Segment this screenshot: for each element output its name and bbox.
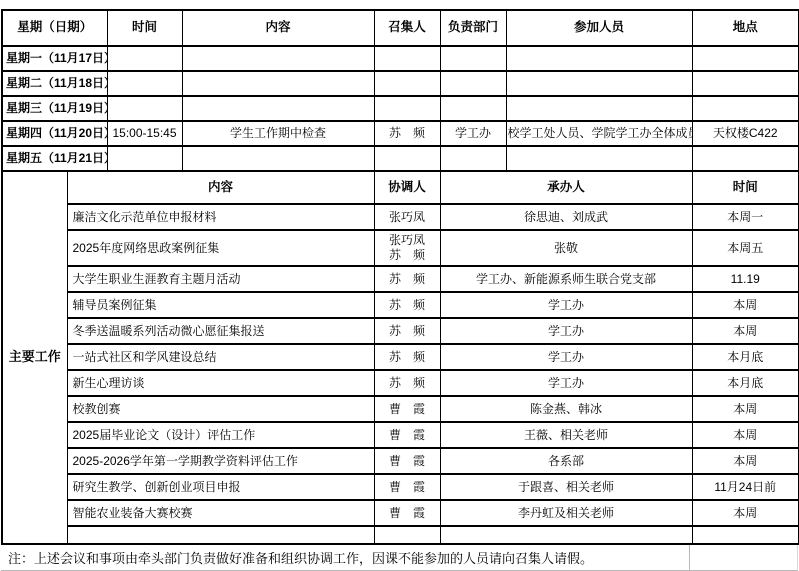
day-cell: 星期五（11月21日） (2, 146, 107, 171)
work-row: 2025届毕业论文（设计）评估工作 曹 霞 王薇、相关老师 本周 (2, 422, 799, 448)
organizer-cell: 陈金燕、韩冰 (440, 396, 692, 422)
organizer-cell: 学工办 (440, 318, 692, 344)
footnote-spacer-cell (690, 545, 797, 570)
table-row-thursday: 星期四（11月20日） 15:00-15:45 学生工作期中检查 苏 频 学工办… (2, 121, 799, 146)
work-time-cell: 本周一 (692, 204, 799, 230)
day-cell: 星期一（11月17日） (2, 46, 107, 71)
work-time-cell: 本周 (692, 396, 799, 422)
header-coordinator: 协调人 (374, 172, 440, 204)
work-time-cell: 本周 (692, 318, 799, 344)
weekly-schedule-table: 星期（日期） 时间 内容 召集人 负责部门 参加人员 地点 星期一（11月17日… (1, 9, 799, 172)
content-cell (182, 46, 374, 71)
table-row-monday: 星期一（11月17日） (2, 46, 799, 71)
footnote-row: 注：上述会议和事项由牵头部门负责做好准备和组织协调工作，因课不能参加的人员请向召… (1, 545, 798, 571)
work-row: 研究生教学、创新创业项目申报 曹 霞 于跟喜、相关老师 11月24日前 (2, 474, 799, 500)
schedule-document: 星期（日期） 时间 内容 召集人 负责部门 参加人员 地点 星期一（11月17日… (1, 9, 798, 571)
footnote-text: 注：上述会议和事项由牵头部门负责做好准备和组织协调工作，因课不能参加的人员请向召… (1, 545, 690, 570)
work-row: 2025-2026学年第一学期教学资料评估工作 曹 霞 各系部 本周 (2, 448, 799, 474)
content-cell (182, 146, 374, 171)
location-cell: 天权楼C422 (692, 121, 799, 146)
work-content-cell: 新生心理访谈 (67, 370, 374, 396)
work-content-cell: 大学生职业生涯教育主题月活动 (67, 266, 374, 292)
coordinator-cell: 苏 频 (374, 344, 440, 370)
convener-cell: 苏 频 (374, 121, 440, 146)
location-cell (692, 146, 799, 171)
header-content: 内容 (182, 10, 374, 46)
work-time-cell: 本周 (692, 448, 799, 474)
work-content-cell: 冬季送温暖系列活动微心愿征集报送 (67, 318, 374, 344)
coordinator-cell: 曹 霞 (374, 474, 440, 500)
header-convener: 召集人 (374, 10, 440, 46)
department-cell: 学工办 (440, 121, 506, 146)
department-cell (440, 71, 506, 96)
organizer-cell: 李丹虹及相关老师 (440, 500, 692, 526)
main-work-label: 主要工作 (2, 172, 67, 544)
department-cell (440, 96, 506, 121)
organizer-cell: 学工办 (440, 292, 692, 318)
main-work-table: 主要工作 内容 协调人 承办人 时间 廉洁文化示范单位申报材料 张巧凤 徐思迪、… (1, 172, 799, 545)
participants-cell (506, 46, 692, 71)
work-content-cell: 校教创赛 (67, 396, 374, 422)
header-content: 内容 (67, 172, 374, 204)
organizer-cell: 学工办 (440, 344, 692, 370)
work-time-cell: 11月24日前 (692, 474, 799, 500)
header-participants: 参加人员 (506, 10, 692, 46)
time-cell (107, 146, 182, 171)
convener-cell (374, 46, 440, 71)
work-row: 辅导员案例征集 苏 频 学工办 本周 (2, 292, 799, 318)
coordinator-cell: 张巧凤 (374, 204, 440, 230)
day-cell: 星期二（11月18日） (2, 71, 107, 96)
convener-cell (374, 71, 440, 96)
organizer-cell: 徐思迪、刘成武 (440, 204, 692, 230)
coordinator-cell: 曹 霞 (374, 448, 440, 474)
work-row: 一站式社区和学风建设总结 苏 频 学工办 本月底 (2, 344, 799, 370)
coordinator-cell (374, 526, 440, 544)
location-cell (692, 71, 799, 96)
work-time-cell: 本月底 (692, 344, 799, 370)
work-time-cell: 本周 (692, 292, 799, 318)
coordinator-cell: 苏 频 (374, 266, 440, 292)
coordinator-cell: 苏 频 (374, 292, 440, 318)
work-content-cell: 2025-2026学年第一学期教学资料评估工作 (67, 448, 374, 474)
work-row: 廉洁文化示范单位申报材料 张巧凤 徐思迪、刘成武 本周一 (2, 204, 799, 230)
work-row: 大学生职业生涯教育主题月活动 苏 频 学工办、新能源系师生联合党支部 11.19 (2, 266, 799, 292)
work-row: 2025年度网络思政案例征集 张巧凤 苏 频 张敬 本周五 (2, 230, 799, 266)
coordinator-cell: 苏 频 (374, 370, 440, 396)
work-content-cell (67, 526, 374, 544)
work-content-cell: 辅导员案例征集 (67, 292, 374, 318)
work-content-cell: 一站式社区和学风建设总结 (67, 344, 374, 370)
work-row-empty (2, 526, 799, 544)
work-row: 冬季送温暖系列活动微心愿征集报送 苏 频 学工办 本周 (2, 318, 799, 344)
weekly-schedule-header-row: 星期（日期） 时间 内容 召集人 负责部门 参加人员 地点 (2, 10, 799, 46)
main-work-header-row: 主要工作 内容 协调人 承办人 时间 (2, 172, 799, 204)
day-cell: 星期四（11月20日） (2, 121, 107, 146)
table-row-tuesday: 星期二（11月18日） (2, 71, 799, 96)
work-content-cell: 2025年度网络思政案例征集 (67, 230, 374, 266)
organizer-cell: 于跟喜、相关老师 (440, 474, 692, 500)
work-time-cell: 本周五 (692, 230, 799, 266)
participants-cell (506, 96, 692, 121)
work-time-cell: 本周 (692, 422, 799, 448)
organizer-cell: 学工办、新能源系师生联合党支部 (440, 266, 692, 292)
coordinator-cell: 张巧凤 苏 频 (374, 230, 440, 266)
participants-cell (506, 146, 692, 171)
time-cell (107, 71, 182, 96)
coordinator-cell: 曹 霞 (374, 396, 440, 422)
content-cell (182, 96, 374, 121)
work-time-cell: 本周 (692, 500, 799, 526)
work-row: 智能农业装备大赛校赛 曹 霞 李丹虹及相关老师 本周 (2, 500, 799, 526)
work-content-cell: 廉洁文化示范单位申报材料 (67, 204, 374, 230)
time-cell (107, 46, 182, 71)
participants-cell: 校学工处人员、学院学工办全体成员 (506, 121, 692, 146)
header-time: 时间 (107, 10, 182, 46)
organizer-cell (440, 526, 692, 544)
header-day: 星期（日期） (2, 10, 107, 46)
department-cell (440, 146, 506, 171)
work-content-cell: 智能农业装备大赛校赛 (67, 500, 374, 526)
organizer-cell: 学工办 (440, 370, 692, 396)
header-organizer: 承办人 (440, 172, 692, 204)
location-cell (692, 46, 799, 71)
organizer-cell: 各系部 (440, 448, 692, 474)
work-content-cell: 2025届毕业论文（设计）评估工作 (67, 422, 374, 448)
table-row-wednesday: 星期三（11月19日） (2, 96, 799, 121)
location-cell (692, 96, 799, 121)
content-cell (182, 71, 374, 96)
work-time-cell (692, 526, 799, 544)
header-location: 地点 (692, 10, 799, 46)
department-cell (440, 46, 506, 71)
content-cell: 学生工作期中检查 (182, 121, 374, 146)
header-time: 时间 (692, 172, 799, 204)
coordinator-cell: 曹 霞 (374, 500, 440, 526)
convener-cell (374, 96, 440, 121)
coordinator-cell: 曹 霞 (374, 422, 440, 448)
work-row: 校教创赛 曹 霞 陈金燕、韩冰 本周 (2, 396, 799, 422)
organizer-cell: 王薇、相关老师 (440, 422, 692, 448)
header-department: 负责部门 (440, 10, 506, 46)
coordinator-cell: 苏 频 (374, 318, 440, 344)
convener-cell (374, 146, 440, 171)
work-content-cell: 研究生教学、创新创业项目申报 (67, 474, 374, 500)
table-row-friday: 星期五（11月21日） (2, 146, 799, 171)
day-cell: 星期三（11月19日） (2, 96, 107, 121)
participants-cell (506, 71, 692, 96)
work-row: 新生心理访谈 苏 频 学工办 本月底 (2, 370, 799, 396)
time-cell: 15:00-15:45 (107, 121, 182, 146)
time-cell (107, 96, 182, 121)
work-time-cell: 本月底 (692, 370, 799, 396)
organizer-cell: 张敬 (440, 230, 692, 266)
work-time-cell: 11.19 (692, 266, 799, 292)
